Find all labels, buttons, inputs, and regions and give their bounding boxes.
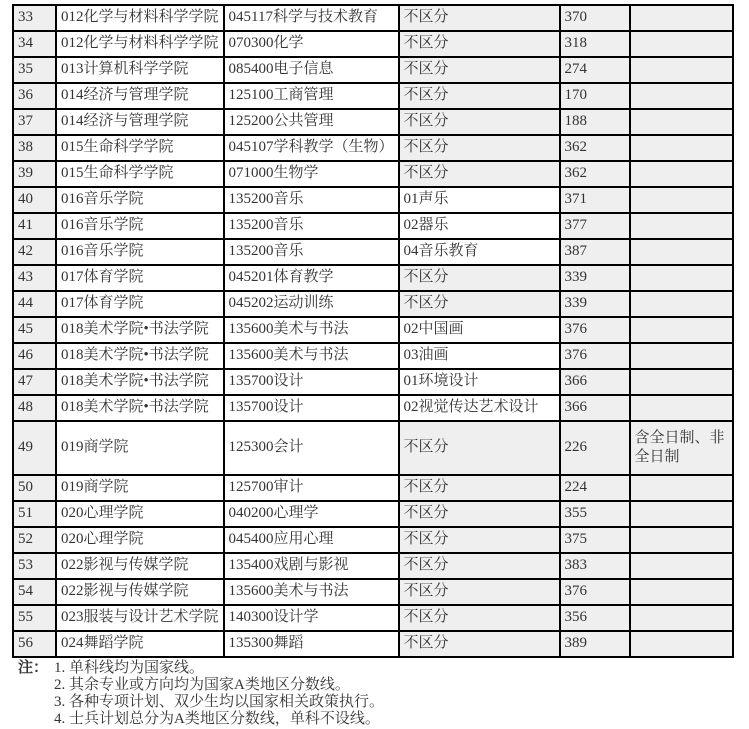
table-row: 33 012化学与材料科学学院 045117科学与技术教育 不区分 370: [13, 5, 733, 31]
direction-cell: 不区分: [399, 135, 560, 161]
row-number-cell: 44: [13, 291, 56, 317]
direction-cell: 不区分: [399, 291, 560, 317]
major-cell: 045117科学与技术教育: [224, 5, 399, 31]
note-cell: [630, 31, 733, 57]
college-cell: 018美术学院•书法学院: [56, 317, 224, 343]
table-row: 40 016音乐学院 135200音乐 01声乐 371: [13, 187, 733, 213]
college-cell: 015生命科学学院: [56, 135, 224, 161]
footnote-item: 2. 其余专业或方向均为国家A类地区分数线。: [54, 677, 384, 694]
footnotes: 注： 1. 单科线均为国家线。2. 其余专业或方向均为国家A类地区分数线。3. …: [18, 660, 738, 728]
table-row: 45 018美术学院•书法学院 135600美术与书法 02中国画 376: [13, 317, 733, 343]
score-cell: 366: [560, 395, 630, 421]
direction-cell: 02中国画: [399, 317, 560, 343]
college-cell: 016音乐学院: [56, 239, 224, 265]
table-row: 46 018美术学院•书法学院 135600美术与书法 03油画 376: [13, 343, 733, 369]
note-cell: [630, 265, 733, 291]
score-cell: 356: [560, 605, 630, 631]
major-cell: 045107学科教学（生物）: [224, 135, 399, 161]
table-row: 38 015生命科学学院 045107学科教学（生物） 不区分 362: [13, 135, 733, 161]
major-cell: 125100工商管理: [224, 83, 399, 109]
major-cell: 135200音乐: [224, 239, 399, 265]
direction-cell: 02器乐: [399, 213, 560, 239]
note-cell: [630, 395, 733, 421]
direction-cell: 不区分: [399, 265, 560, 291]
row-number-cell: 50: [13, 475, 56, 501]
footnote-item: 3. 各种专项计划、双少生均以国家相关政策执行。: [54, 694, 384, 711]
score-cell: 339: [560, 291, 630, 317]
direction-cell: 不区分: [399, 57, 560, 83]
score-cell: 387: [560, 239, 630, 265]
note-cell: [630, 631, 733, 657]
row-number-cell: 33: [13, 5, 56, 31]
major-cell: 140300设计学: [224, 605, 399, 631]
college-cell: 013计算机科学学院: [56, 57, 224, 83]
note-cell: [630, 605, 733, 631]
table-row: 51 020心理学院 040200心理学 不区分 355: [13, 501, 733, 527]
major-cell: 125700审计: [224, 475, 399, 501]
major-cell: 045400应用心理: [224, 527, 399, 553]
note-cell: [630, 579, 733, 605]
row-number-cell: 49: [13, 421, 56, 475]
college-cell: 018美术学院•书法学院: [56, 343, 224, 369]
college-cell: 014经济与管理学院: [56, 83, 224, 109]
direction-cell: 不区分: [399, 501, 560, 527]
direction-cell: 03油画: [399, 343, 560, 369]
score-cell: 376: [560, 343, 630, 369]
row-number-cell: 43: [13, 265, 56, 291]
table-row: 37 014经济与管理学院 125200公共管理 不区分 188: [13, 109, 733, 135]
table-row: 42 016音乐学院 135200音乐 04音乐教育 387: [13, 239, 733, 265]
score-cell: 318: [560, 31, 630, 57]
row-number-cell: 47: [13, 369, 56, 395]
row-number-cell: 35: [13, 57, 56, 83]
table-row: 55 023服装与设计艺术学院 140300设计学 不区分 356: [13, 605, 733, 631]
direction-cell: 不区分: [399, 5, 560, 31]
major-cell: 135700设计: [224, 369, 399, 395]
college-cell: 022影视与传媒学院: [56, 553, 224, 579]
college-cell: 020心理学院: [56, 527, 224, 553]
row-number-cell: 41: [13, 213, 56, 239]
college-cell: 017体育学院: [56, 265, 224, 291]
direction-cell: 不区分: [399, 161, 560, 187]
direction-cell: 不区分: [399, 475, 560, 501]
major-cell: 071000生物学: [224, 161, 399, 187]
note-cell: [630, 239, 733, 265]
major-cell: 135600美术与书法: [224, 579, 399, 605]
score-cell: 377: [560, 213, 630, 239]
row-number-cell: 54: [13, 579, 56, 605]
note-cell: [630, 213, 733, 239]
major-cell: 125300会计: [224, 421, 399, 475]
table-row: 54 022影视与传媒学院 135600美术与书法 不区分 376: [13, 579, 733, 605]
table-row: 48 018美术学院•书法学院 135700设计 02视觉传达艺术设计 366: [13, 395, 733, 421]
score-cell: 366: [560, 369, 630, 395]
direction-cell: 不区分: [399, 421, 560, 475]
score-cell: 376: [560, 579, 630, 605]
row-number-cell: 53: [13, 553, 56, 579]
major-cell: 125200公共管理: [224, 109, 399, 135]
row-number-cell: 42: [13, 239, 56, 265]
college-cell: 017体育学院: [56, 291, 224, 317]
admission-score-table: 33 012化学与材料科学学院 045117科学与技术教育 不区分 370 34…: [12, 4, 734, 658]
major-cell: 135200音乐: [224, 213, 399, 239]
college-cell: 019商学院: [56, 475, 224, 501]
table-row: 47 018美术学院•书法学院 135700设计 01环境设计 366: [13, 369, 733, 395]
college-cell: 014经济与管理学院: [56, 109, 224, 135]
college-cell: 018美术学院•书法学院: [56, 369, 224, 395]
footnote-item: 1. 单科线均为国家线。: [54, 660, 384, 677]
college-cell: 020心理学院: [56, 501, 224, 527]
direction-cell: 不区分: [399, 579, 560, 605]
score-cell: 362: [560, 161, 630, 187]
row-number-cell: 40: [13, 187, 56, 213]
direction-cell: 01声乐: [399, 187, 560, 213]
score-cell: 355: [560, 501, 630, 527]
college-cell: 018美术学院•书法学院: [56, 395, 224, 421]
score-cell: 371: [560, 187, 630, 213]
note-cell: [630, 369, 733, 395]
direction-cell: 02视觉传达艺术设计: [399, 395, 560, 421]
note-cell: [630, 475, 733, 501]
table-row: 56 024舞蹈学院 135300舞蹈 不区分 389: [13, 631, 733, 657]
direction-cell: 01环境设计: [399, 369, 560, 395]
note-cell: [630, 109, 733, 135]
note-cell: [630, 317, 733, 343]
note-cell: [630, 187, 733, 213]
row-number-cell: 51: [13, 501, 56, 527]
table-row: 52 020心理学院 045400应用心理 不区分 375: [13, 527, 733, 553]
score-cell: 370: [560, 5, 630, 31]
score-cell: 226: [560, 421, 630, 475]
note-cell: 含全日制、非全日制: [630, 421, 733, 475]
score-cell: 339: [560, 265, 630, 291]
score-cell: 362: [560, 135, 630, 161]
note-cell: [630, 291, 733, 317]
college-cell: 022影视与传媒学院: [56, 579, 224, 605]
score-cell: 375: [560, 527, 630, 553]
note-cell: [630, 135, 733, 161]
note-cell: [630, 501, 733, 527]
row-number-cell: 52: [13, 527, 56, 553]
score-cell: 383: [560, 553, 630, 579]
direction-cell: 不区分: [399, 31, 560, 57]
row-number-cell: 55: [13, 605, 56, 631]
note-cell: [630, 57, 733, 83]
note-cell: [630, 553, 733, 579]
score-cell: 170: [560, 83, 630, 109]
score-cell: 376: [560, 317, 630, 343]
college-cell: 016音乐学院: [56, 187, 224, 213]
table-body: 33 012化学与材料科学学院 045117科学与技术教育 不区分 370 34…: [13, 5, 733, 657]
note-cell: [630, 527, 733, 553]
table-row: 41 016音乐学院 135200音乐 02器乐 377: [13, 213, 733, 239]
score-cell: 389: [560, 631, 630, 657]
table-row: 35 013计算机科学学院 085400电子信息 不区分 274: [13, 57, 733, 83]
major-cell: 070300化学: [224, 31, 399, 57]
table-row: 53 022影视与传媒学院 135400戏剧与影视 不区分 383: [13, 553, 733, 579]
score-cell: 274: [560, 57, 630, 83]
college-cell: 016音乐学院: [56, 213, 224, 239]
direction-cell: 不区分: [399, 83, 560, 109]
note-cell: [630, 161, 733, 187]
direction-cell: 不区分: [399, 553, 560, 579]
direction-cell: 04音乐教育: [399, 239, 560, 265]
major-cell: 135200音乐: [224, 187, 399, 213]
table-row: 44 017体育学院 045202运动训练 不区分 339: [13, 291, 733, 317]
row-number-cell: 37: [13, 109, 56, 135]
college-cell: 012化学与材料科学学院: [56, 5, 224, 31]
row-number-cell: 34: [13, 31, 56, 57]
college-cell: 012化学与材料科学学院: [56, 31, 224, 57]
document-page: 33 012化学与材料科学学院 045117科学与技术教育 不区分 370 34…: [0, 0, 749, 729]
note-cell: [630, 5, 733, 31]
note-cell: [630, 83, 733, 109]
direction-cell: 不区分: [399, 527, 560, 553]
score-cell: 224: [560, 475, 630, 501]
row-number-cell: 38: [13, 135, 56, 161]
note-cell: [630, 343, 733, 369]
footnotes-label: 注：: [18, 660, 48, 677]
major-cell: 135700设计: [224, 395, 399, 421]
row-number-cell: 56: [13, 631, 56, 657]
major-cell: 085400电子信息: [224, 57, 399, 83]
table-row: 36 014经济与管理学院 125100工商管理 不区分 170: [13, 83, 733, 109]
score-cell: 188: [560, 109, 630, 135]
major-cell: 045202运动训练: [224, 291, 399, 317]
major-cell: 045201体育教学: [224, 265, 399, 291]
table-row: 43 017体育学院 045201体育教学 不区分 339: [13, 265, 733, 291]
direction-cell: 不区分: [399, 109, 560, 135]
major-cell: 135300舞蹈: [224, 631, 399, 657]
table-row: 39 015生命科学学院 071000生物学 不区分 362: [13, 161, 733, 187]
row-number-cell: 36: [13, 83, 56, 109]
major-cell: 135400戏剧与影视: [224, 553, 399, 579]
row-number-cell: 46: [13, 343, 56, 369]
college-cell: 024舞蹈学院: [56, 631, 224, 657]
college-cell: 023服装与设计艺术学院: [56, 605, 224, 631]
direction-cell: 不区分: [399, 631, 560, 657]
college-cell: 019商学院: [56, 421, 224, 475]
direction-cell: 不区分: [399, 605, 560, 631]
row-number-cell: 45: [13, 317, 56, 343]
college-cell: 015生命科学学院: [56, 161, 224, 187]
table-row: 34 012化学与材料科学学院 070300化学 不区分 318: [13, 31, 733, 57]
footnote-item: 4. 士兵计划总分为A类地区分数线，单科不设线。: [54, 711, 384, 728]
row-number-cell: 39: [13, 161, 56, 187]
table-row: 50 019商学院 125700审计 不区分 224: [13, 475, 733, 501]
major-cell: 040200心理学: [224, 501, 399, 527]
major-cell: 135600美术与书法: [224, 317, 399, 343]
table-row: 49 019商学院 125300会计 不区分 226 含全日制、非全日制: [13, 421, 733, 475]
footnotes-list: 1. 单科线均为国家线。2. 其余专业或方向均为国家A类地区分数线。3. 各种专…: [54, 660, 384, 728]
major-cell: 135600美术与书法: [224, 343, 399, 369]
row-number-cell: 48: [13, 395, 56, 421]
